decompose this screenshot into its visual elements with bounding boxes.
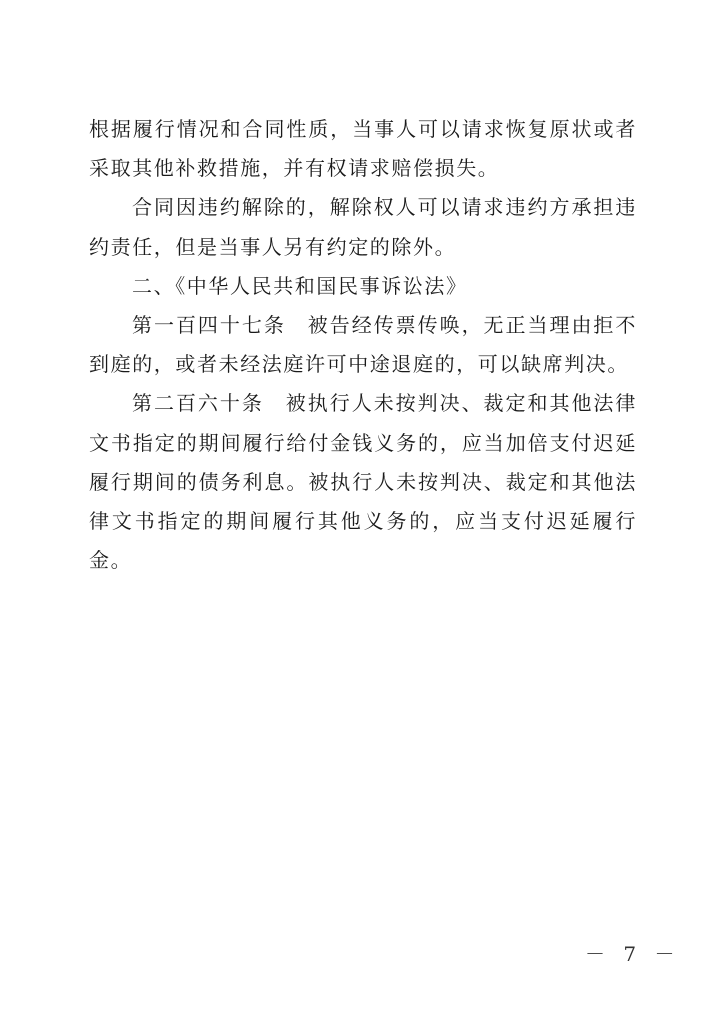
paragraph-article-147: 第一百四十七条 被告经传票传唤，无正当理由拒不到庭的，或者未经法庭许可中途退庭的… <box>89 306 637 384</box>
document-body: 根据履行情况和合同性质，当事人可以请求恢复原状或者采取其他补救措施，并有权请求赔… <box>89 110 637 580</box>
document-page: 根据履行情况和合同性质，当事人可以请求恢复原状或者采取其他补救措施，并有权请求赔… <box>0 0 723 1024</box>
paragraph-contract-termination: 合同因违约解除的，解除权人可以请求违约方承担违约责任，但是当事人另有约定的除外。 <box>89 188 637 266</box>
page-number: － 7 － <box>585 938 680 967</box>
section-heading-civil-procedure-law: 二、《中华人民共和国民事诉讼法》 <box>89 267 637 306</box>
paragraph-article-260: 第二百六十条 被执行人未按判决、裁定和其他法律文书指定的期间履行给付金钱义务的，… <box>89 384 637 580</box>
paragraph-remedy-continuation: 根据履行情况和合同性质，当事人可以请求恢复原状或者采取其他补救措施，并有权请求赔… <box>89 110 637 188</box>
